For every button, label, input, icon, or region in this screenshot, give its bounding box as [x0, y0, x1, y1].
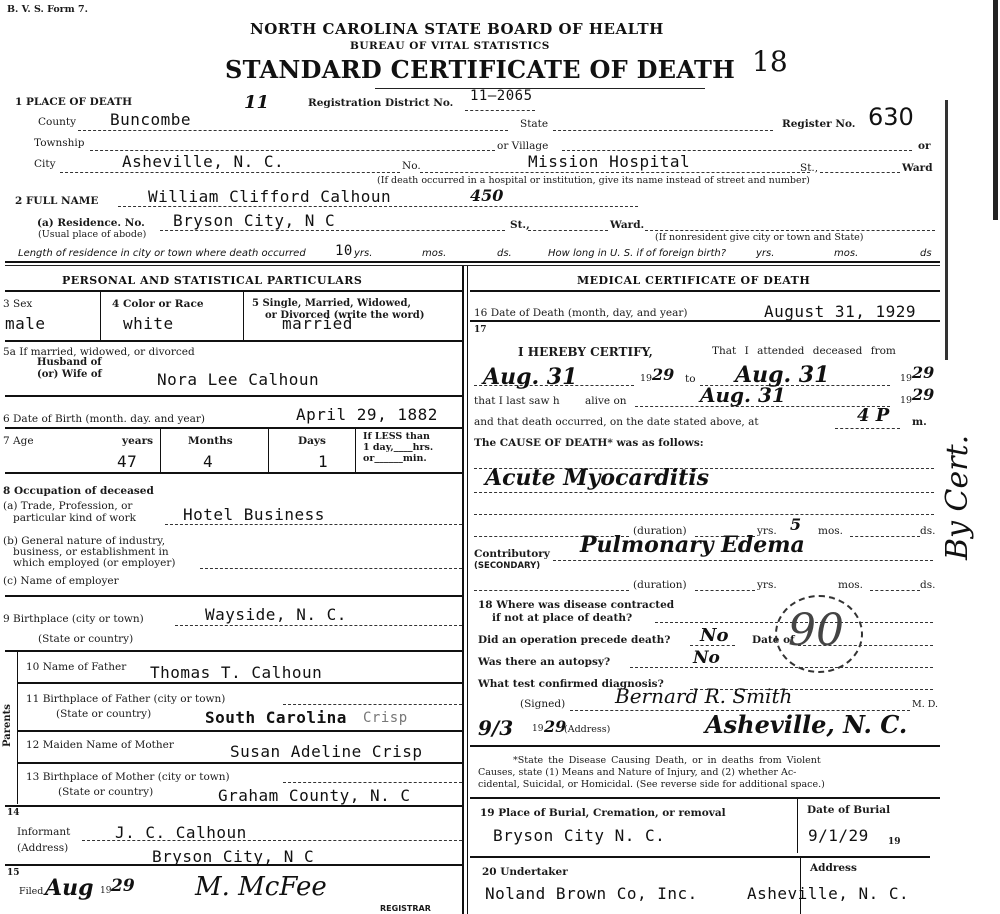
trade-label-1: (a) Trade, Profession, or: [3, 500, 132, 512]
length-ds-label: ds.: [497, 248, 512, 259]
race-value[interactable]: white: [123, 314, 174, 333]
last-saw-value[interactable]: Aug. 31: [700, 383, 786, 407]
certify-text: That I attended deceased from: [712, 345, 896, 357]
to-year[interactable]: 29: [912, 363, 934, 382]
sex-label: 3 Sex: [3, 298, 32, 310]
employer-label: (c) Name of employer: [3, 575, 119, 587]
burial-date-value[interactable]: 9/1/29: [808, 826, 869, 845]
father-birthplace-value[interactable]: South Carolina: [205, 708, 347, 727]
occupation-label: 8 Occupation of deceased: [3, 485, 154, 497]
city-label: City: [34, 158, 56, 170]
residence-ward-label: Ward.: [610, 219, 644, 231]
less-than-label-2: 1 day,____hrs.: [363, 442, 433, 453]
institution-value[interactable]: Mission Hospital: [528, 152, 690, 171]
to-year-prefix: 19: [900, 373, 912, 384]
duration-label-2: (duration): [633, 579, 687, 591]
spouse-value[interactable]: Nora Lee Calhoun: [157, 370, 319, 389]
signed-label: (Signed): [520, 698, 565, 710]
mother-birthplace-value[interactable]: Graham County, N. C: [218, 786, 411, 805]
mother-birthplace-label: 13 Birthplace of Mother (city or town): [26, 771, 230, 783]
or-label: or: [918, 140, 931, 152]
length-mos-label: mos.: [422, 248, 446, 259]
age-years-value[interactable]: 47: [117, 452, 137, 471]
attended-from[interactable]: Aug. 31: [483, 364, 577, 390]
autopsy-label: Was there an autopsy?: [478, 656, 610, 668]
father-birthplace-label: 11 Birthplace of Father (city or town): [26, 693, 225, 705]
personal-section-title: PERSONAL AND STATISTICAL PARTICULARS: [62, 274, 362, 287]
residence-value[interactable]: Bryson City, N C: [173, 211, 335, 230]
less-than-label-1: If LESS than: [363, 431, 430, 442]
last-saw-year[interactable]: 29: [912, 385, 934, 404]
father-label: 10 Name of Father: [26, 661, 126, 673]
residence-sub-label: (Usual place of abode): [38, 229, 146, 240]
full-name-annotation: 450: [470, 186, 503, 205]
undertaker-label: 20 Undertaker: [482, 866, 568, 878]
no-label: No.: [402, 160, 421, 172]
age-months-label: Months: [188, 435, 233, 447]
spouse-label-3: (or) Wife of: [37, 369, 102, 380]
age-label: 7 Age: [3, 435, 34, 447]
md-label: M. D.: [912, 699, 938, 710]
handwritten-mark: 11: [244, 92, 269, 113]
footnote-line-3: cidental, Suicidal, or Homicidal. (See r…: [478, 779, 825, 790]
city-value[interactable]: Asheville, N. C.: [122, 152, 284, 171]
mother-birthplace-sub: (State or country): [58, 786, 153, 798]
county-label: County: [38, 116, 76, 128]
m-label: m.: [912, 416, 927, 428]
birthplace-label: 9 Birthplace (city or town): [3, 613, 144, 625]
register-no-label: Register No.: [782, 118, 855, 130]
informant-label: Informant: [17, 826, 70, 838]
foreign-birth-label: How long in U. S. if of foreign birth?: [548, 248, 726, 259]
foreign-yrs-label: yrs.: [756, 248, 774, 259]
duration-ds-1: ds.: [920, 525, 935, 537]
residence-st-label: St.,: [510, 219, 530, 231]
informant-address-label: (Address): [17, 842, 68, 854]
township-label: Township: [34, 137, 85, 149]
register-no-value[interactable]: 630: [868, 103, 914, 131]
form-id: B. V. S. Form 7.: [7, 4, 88, 15]
agency-title: NORTH CAROLINA STATE BOARD OF HEALTH: [250, 20, 664, 38]
birthplace-value[interactable]: Wayside, N. C.: [205, 605, 347, 624]
occurred-time[interactable]: 4 P: [857, 405, 889, 426]
operation-value[interactable]: No: [700, 625, 728, 646]
st-label: St.,: [800, 162, 818, 174]
parents-side-label: Parents: [2, 704, 13, 747]
stamp-number: 90: [788, 605, 844, 656]
informant-number: 14: [7, 808, 20, 818]
undertaker-address-label: Address: [810, 862, 857, 874]
filed-number: 15: [7, 868, 20, 878]
duration-mos-1: mos.: [818, 525, 843, 537]
informant-value[interactable]: J. C. Calhoun: [115, 823, 247, 842]
medical-section-title: MEDICAL CERTIFICATE OF DEATH: [577, 274, 810, 287]
nonresident-note: (If nonresident give city or town and St…: [655, 232, 864, 243]
certificate-title: STANDARD CERTIFICATE OF DEATH: [225, 55, 735, 84]
footnote-line-1: *State the Disease Causing Death, or in …: [513, 755, 821, 766]
county-value[interactable]: Buncombe: [110, 110, 191, 129]
race-label: 4 Color or Race: [112, 298, 204, 310]
dod-label: 16 Date of Death (month, day, and year): [474, 307, 688, 319]
sex-value[interactable]: male: [5, 314, 46, 333]
bureau-title: BUREAU OF VITAL STATISTICS: [350, 40, 550, 52]
dod-value[interactable]: August 31, 1929: [764, 302, 916, 321]
undertaker-address-value[interactable]: Asheville, N. C.: [747, 884, 909, 903]
birthplace-sub-label: (State or country): [38, 633, 133, 645]
duration-mos-2: mos.: [838, 579, 863, 591]
signed-year[interactable]: 29: [544, 717, 566, 736]
ward-label: Ward: [902, 162, 933, 174]
duration-yrs-2: yrs.: [757, 579, 777, 591]
cause-label: The CAUSE OF DEATH* was as follows:: [474, 437, 704, 449]
margin-handwritten-note: By Cert.: [940, 435, 975, 560]
filed-year[interactable]: 29: [111, 876, 135, 896]
hospital-note: (If death occurred in a hospital or inst…: [377, 175, 810, 186]
age-days-value[interactable]: 1: [318, 452, 328, 471]
burial-value[interactable]: Bryson City N. C.: [493, 826, 665, 845]
undertaker-value[interactable]: Noland Brown Co, Inc.: [485, 884, 698, 903]
operation-label: Did an operation precede death?: [478, 634, 670, 646]
length-yrs-value[interactable]: 10: [335, 243, 353, 259]
duration-ds-2: ds.: [920, 579, 935, 591]
filed-month[interactable]: Aug: [45, 875, 93, 901]
registration-district-label: Registration District No.: [308, 97, 453, 109]
physician-signature: Bernard R. Smith: [615, 684, 792, 708]
full-name-label: 2 FULL NAME: [15, 195, 98, 207]
last-saw-year-prefix: 19: [900, 395, 912, 406]
to-label: to: [685, 373, 696, 385]
burial-date-label: Date of Burial: [807, 804, 890, 816]
place-of-death-label: 1 PLACE OF DEATH: [15, 96, 132, 108]
filed-year-prefix: 19: [100, 886, 111, 896]
physician-address[interactable]: Asheville, N. C.: [705, 710, 907, 739]
filed-label: Filed: [19, 886, 43, 897]
age-days-label: Days: [298, 435, 326, 447]
foreign-ds-label: ds: [920, 248, 932, 259]
full-name-value[interactable]: William Clifford Calhoun: [148, 187, 391, 206]
marital-value[interactable]: married: [282, 314, 353, 333]
autopsy-value[interactable]: No: [693, 648, 720, 668]
marital-label-1: 5 Single, Married, Widowed,: [252, 298, 411, 309]
registration-district-value[interactable]: 11—2065: [470, 88, 533, 104]
from-year-prefix: 19: [640, 373, 652, 384]
contracted-label-2: if not at place of death?: [492, 612, 632, 624]
length-residence-label: Length of residence in city or town wher…: [18, 248, 306, 259]
state-label: State: [520, 118, 548, 130]
mother-value[interactable]: Susan Adeline Crisp: [230, 742, 423, 761]
contributory-value[interactable]: Pulmonary Edema: [580, 532, 805, 558]
address-label: (Address): [564, 724, 610, 735]
foreign-mos-label: mos.: [834, 248, 858, 259]
registrar-label: REGISTRAR: [380, 904, 431, 913]
father-birthplace-struck: Crisp: [363, 710, 408, 726]
village-label: or Village: [497, 140, 548, 152]
age-years-label: years: [122, 435, 153, 447]
trade-value[interactable]: Hotel Business: [183, 505, 325, 524]
industry-label-3: which employed (or employer): [13, 557, 175, 569]
mother-label: 12 Maiden Name of Mother: [26, 739, 174, 751]
less-than-label-3: or______min.: [363, 453, 427, 464]
certify-bold: I HEREBY CERTIFY,: [518, 345, 653, 359]
trade-label-2: particular kind of work: [13, 512, 136, 524]
from-year[interactable]: 29: [652, 365, 674, 384]
alive-label: alive on: [585, 395, 627, 407]
secondary-label: (SECONDARY): [474, 561, 540, 571]
last-saw-label: that I last saw h: [474, 395, 560, 407]
residence-label: (a) Residence. No.: [37, 217, 145, 229]
footnote-line-2: Causes, state (1) Means and Nature of In…: [478, 767, 796, 778]
occurred-label: and that death occurred, on the date sta…: [474, 416, 759, 428]
length-yrs-label: yrs.: [354, 248, 372, 259]
age-months-value[interactable]: 4: [203, 452, 213, 471]
spouse-label-2: Husband of: [37, 357, 102, 368]
item-17: 17: [474, 325, 487, 335]
burial-label: 19 Place of Burial, Cremation, or remova…: [480, 807, 726, 819]
dob-label: 6 Date of Birth (month. day. and year): [3, 413, 205, 425]
cause-value[interactable]: Acute Myocarditis: [485, 465, 709, 491]
signed-year-prefix: 19: [532, 724, 543, 734]
dob-value[interactable]: April 29, 1882: [296, 405, 438, 424]
contributory-label: Contributory: [474, 548, 550, 560]
father-birthplace-sub: (State or country): [56, 708, 151, 720]
father-value[interactable]: Thomas T. Calhoun: [150, 663, 322, 682]
contracted-label-1: 18 Where was disease contracted: [478, 599, 674, 611]
burial-year-suffix: 19: [888, 837, 901, 847]
registrar-signature: M. McFee: [195, 872, 327, 902]
file-number: 18: [752, 45, 788, 78]
signed-date[interactable]: 9/3: [478, 716, 513, 740]
